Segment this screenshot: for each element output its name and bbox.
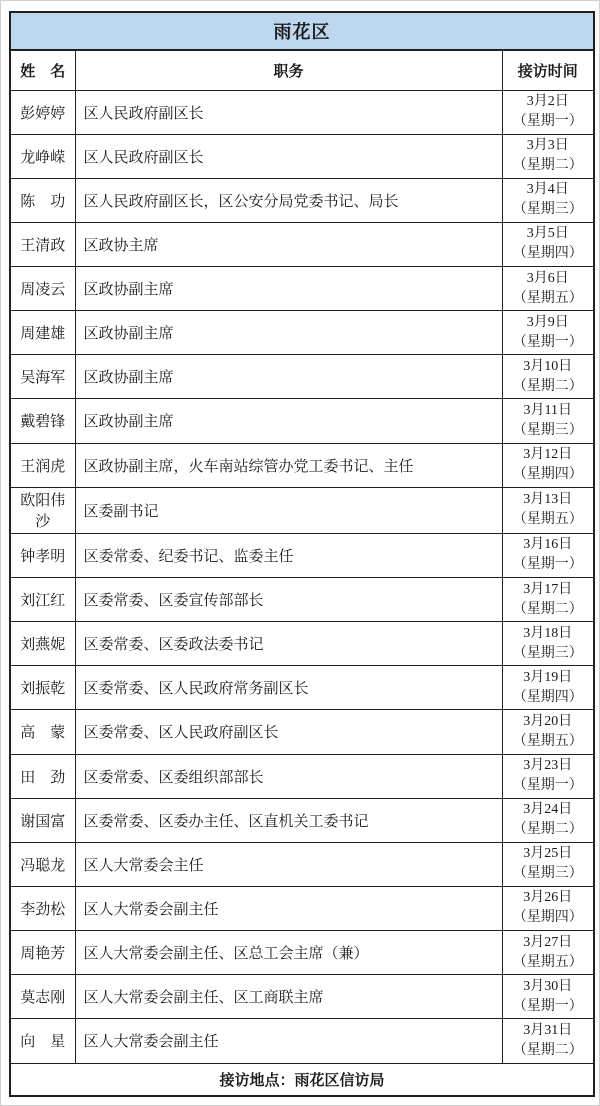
position-cell: 区政协副主席: [75, 355, 502, 399]
name-cell: 欧阳伟沙: [10, 487, 75, 533]
position-cell: 区人民政府副区长，区公安分局党委书记、局长: [75, 178, 502, 222]
position-cell: 区委副书记: [75, 487, 502, 533]
name-cell: 周建雄: [10, 311, 75, 355]
time-date: 3月31日: [505, 1021, 592, 1041]
time-weekday: （星期三）: [505, 864, 592, 884]
time-date: 3月23日: [505, 756, 592, 776]
position-cell: 区委常委、区委政法委书记: [75, 622, 502, 666]
reception-location: 接访地点：雨花区信访局: [10, 1063, 594, 1096]
position-cell: 区人民政府副区长: [75, 134, 502, 178]
position-cell: 区政协主席: [75, 222, 502, 266]
time-cell: 3月24日（星期二）: [502, 798, 594, 842]
time-date: 3月26日: [505, 888, 592, 908]
time-date: 3月18日: [505, 624, 592, 644]
time-weekday: （星期一）: [505, 776, 592, 796]
time-cell: 3月2日（星期一）: [502, 90, 594, 134]
footer-row: 接访地点：雨花区信访局: [10, 1063, 594, 1096]
time-cell: 3月13日（星期五）: [502, 487, 594, 533]
column-header-row: 姓 名 职务 接访时间: [10, 50, 594, 90]
table-row: 刘振乾区委常委、区人民政府常务副区长3月19日（星期四）: [10, 666, 594, 710]
time-cell: 3月19日（星期四）: [502, 666, 594, 710]
table-row: 陈 功区人民政府副区长，区公安分局党委书记、局长3月4日（星期三）: [10, 178, 594, 222]
position-cell: 区委常委、区委办主任、区直机关工委书记: [75, 798, 502, 842]
name-cell: 莫志刚: [10, 975, 75, 1019]
position-cell: 区政协副主席: [75, 267, 502, 311]
column-header-position: 职务: [75, 50, 502, 90]
position-cell: 区人大常委会副主任、区工商联主席: [75, 975, 502, 1019]
table-row: 冯聪龙区人大常委会主任3月25日（星期三）: [10, 842, 594, 886]
time-weekday: （星期五）: [505, 953, 592, 973]
time-date: 3月20日: [505, 712, 592, 732]
time-date: 3月10日: [505, 357, 592, 377]
column-header-name: 姓 名: [10, 50, 75, 90]
name-cell: 刘振乾: [10, 666, 75, 710]
time-cell: 3月16日（星期一）: [502, 533, 594, 577]
time-date: 3月17日: [505, 580, 592, 600]
table-row: 戴碧锋区政协副主席3月11日（星期三）: [10, 399, 594, 443]
table-row: 刘江红区委常委、区委宣传部部长3月17日（星期二）: [10, 578, 594, 622]
district-title: 雨花区: [10, 12, 594, 50]
time-cell: 3月27日（星期五）: [502, 931, 594, 975]
time-date: 3月30日: [505, 977, 592, 997]
time-weekday: （星期二）: [505, 1041, 592, 1061]
table-row: 钟孝明区委常委、纪委书记、监委主任3月16日（星期一）: [10, 533, 594, 577]
time-date: 3月13日: [505, 490, 592, 510]
time-date: 3月11日: [505, 401, 592, 421]
time-weekday: （星期一）: [505, 555, 592, 575]
time-date: 3月24日: [505, 800, 592, 820]
name-cell: 吴海军: [10, 355, 75, 399]
name-cell: 高 蒙: [10, 710, 75, 754]
table-row: 莫志刚区人大常委会副主任、区工商联主席3月30日（星期一）: [10, 975, 594, 1019]
table-row: 吴海军区政协副主席3月10日（星期二）: [10, 355, 594, 399]
column-header-time: 接访时间: [502, 50, 594, 90]
time-weekday: （星期二）: [505, 820, 592, 840]
time-weekday: （星期四）: [505, 908, 592, 928]
time-cell: 3月9日（星期一）: [502, 311, 594, 355]
position-cell: 区人大常委会副主任: [75, 886, 502, 930]
position-cell: 区人民政府副区长: [75, 90, 502, 134]
time-cell: 3月31日（星期二）: [502, 1019, 594, 1063]
time-cell: 3月20日（星期五）: [502, 710, 594, 754]
name-cell: 刘江红: [10, 578, 75, 622]
time-date: 3月16日: [505, 535, 592, 555]
time-cell: 3月6日（星期五）: [502, 267, 594, 311]
table-row: 田 劲区委常委、区委组织部部长3月23日（星期一）: [10, 754, 594, 798]
position-cell: 区委常委、区委宣传部部长: [75, 578, 502, 622]
time-cell: 3月23日（星期一）: [502, 754, 594, 798]
position-cell: 区政协副主席: [75, 311, 502, 355]
time-cell: 3月5日（星期四）: [502, 222, 594, 266]
position-cell: 区委常委、区委组织部部长: [75, 754, 502, 798]
name-cell: 李劲松: [10, 886, 75, 930]
name-cell: 龙峥嵘: [10, 134, 75, 178]
position-cell: 区人大常委会主任: [75, 842, 502, 886]
time-date: 3月12日: [505, 445, 592, 465]
time-weekday: （星期二）: [505, 377, 592, 397]
time-cell: 3月4日（星期三）: [502, 178, 594, 222]
time-date: 3月4日: [505, 180, 592, 200]
time-date: 3月25日: [505, 844, 592, 864]
time-weekday: （星期一）: [505, 997, 592, 1017]
table-row: 欧阳伟沙区委副书记3月13日（星期五）: [10, 487, 594, 533]
time-weekday: （星期二）: [505, 600, 592, 620]
table-row: 刘燕妮区委常委、区委政法委书记3月18日（星期三）: [10, 622, 594, 666]
table-row: 李劲松区人大常委会副主任3月26日（星期四）: [10, 886, 594, 930]
name-cell: 田 劲: [10, 754, 75, 798]
table-row: 向 星区人大常委会副主任3月31日（星期二）: [10, 1019, 594, 1063]
time-date: 3月2日: [505, 92, 592, 112]
table-body: 彭婷婷区人民政府副区长3月2日（星期一）龙峥嵘区人民政府副区长3月3日（星期二）…: [10, 90, 594, 1063]
time-date: 3月19日: [505, 668, 592, 688]
time-weekday: （星期五）: [505, 510, 592, 530]
table-row: 谢国富区委常委、区委办主任、区直机关工委书记3月24日（星期二）: [10, 798, 594, 842]
time-weekday: （星期三）: [505, 200, 592, 220]
time-cell: 3月11日（星期三）: [502, 399, 594, 443]
name-cell: 周艳芳: [10, 931, 75, 975]
time-weekday: （星期三）: [505, 421, 592, 441]
name-cell: 彭婷婷: [10, 90, 75, 134]
name-cell: 王清政: [10, 222, 75, 266]
time-weekday: （星期五）: [505, 732, 592, 752]
name-cell: 谢国富: [10, 798, 75, 842]
position-cell: 区政协副主席: [75, 399, 502, 443]
time-date: 3月27日: [505, 933, 592, 953]
position-cell: 区人大常委会副主任: [75, 1019, 502, 1063]
position-cell: 区委常委、区人民政府副区长: [75, 710, 502, 754]
time-weekday: （星期四）: [505, 244, 592, 264]
time-cell: 3月10日（星期二）: [502, 355, 594, 399]
time-cell: 3月25日（星期三）: [502, 842, 594, 886]
table-row: 周艳芳区人大常委会副主任、区总工会主席（兼）3月27日（星期五）: [10, 931, 594, 975]
table-row: 王润虎区政协副主席，火车南站综管办党工委书记、主任3月12日（星期四）: [10, 443, 594, 487]
time-weekday: （星期四）: [505, 465, 592, 485]
time-cell: 3月18日（星期三）: [502, 622, 594, 666]
table-row: 周凌云区政协副主席3月6日（星期五）: [10, 267, 594, 311]
time-weekday: （星期四）: [505, 688, 592, 708]
table-row: 彭婷婷区人民政府副区长3月2日（星期一）: [10, 90, 594, 134]
district-title-row: 雨花区: [10, 12, 594, 50]
table-row: 龙峥嵘区人民政府副区长3月3日（星期二）: [10, 134, 594, 178]
time-weekday: （星期三）: [505, 644, 592, 664]
time-weekday: （星期一）: [505, 112, 592, 132]
time-cell: 3月30日（星期一）: [502, 975, 594, 1019]
name-cell: 周凌云: [10, 267, 75, 311]
table-row: 高 蒙区委常委、区人民政府副区长3月20日（星期五）: [10, 710, 594, 754]
reception-schedule-table: 雨花区 姓 名 职务 接访时间 彭婷婷区人民政府副区长3月2日（星期一）龙峥嵘区…: [9, 11, 595, 1097]
name-cell: 戴碧锋: [10, 399, 75, 443]
position-cell: 区委常委、区人民政府常务副区长: [75, 666, 502, 710]
time-cell: 3月3日（星期二）: [502, 134, 594, 178]
name-cell: 向 星: [10, 1019, 75, 1063]
page: 雨花区 姓 名 职务 接访时间 彭婷婷区人民政府副区长3月2日（星期一）龙峥嵘区…: [0, 0, 600, 1106]
name-cell: 王润虎: [10, 443, 75, 487]
name-cell: 钟孝明: [10, 533, 75, 577]
name-cell: 刘燕妮: [10, 622, 75, 666]
position-cell: 区人大常委会副主任、区总工会主席（兼）: [75, 931, 502, 975]
time-weekday: （星期五）: [505, 289, 592, 309]
name-cell: 陈 功: [10, 178, 75, 222]
time-cell: 3月17日（星期二）: [502, 578, 594, 622]
time-date: 3月6日: [505, 269, 592, 289]
time-date: 3月9日: [505, 313, 592, 333]
name-cell: 冯聪龙: [10, 842, 75, 886]
time-weekday: （星期一）: [505, 333, 592, 353]
time-cell: 3月26日（星期四）: [502, 886, 594, 930]
time-cell: 3月12日（星期四）: [502, 443, 594, 487]
time-weekday: （星期二）: [505, 156, 592, 176]
position-cell: 区政协副主席，火车南站综管办党工委书记、主任: [75, 443, 502, 487]
position-cell: 区委常委、纪委书记、监委主任: [75, 533, 502, 577]
table-row: 周建雄区政协副主席3月9日（星期一）: [10, 311, 594, 355]
time-date: 3月5日: [505, 224, 592, 244]
table-row: 王清政区政协主席3月5日（星期四）: [10, 222, 594, 266]
time-date: 3月3日: [505, 136, 592, 156]
